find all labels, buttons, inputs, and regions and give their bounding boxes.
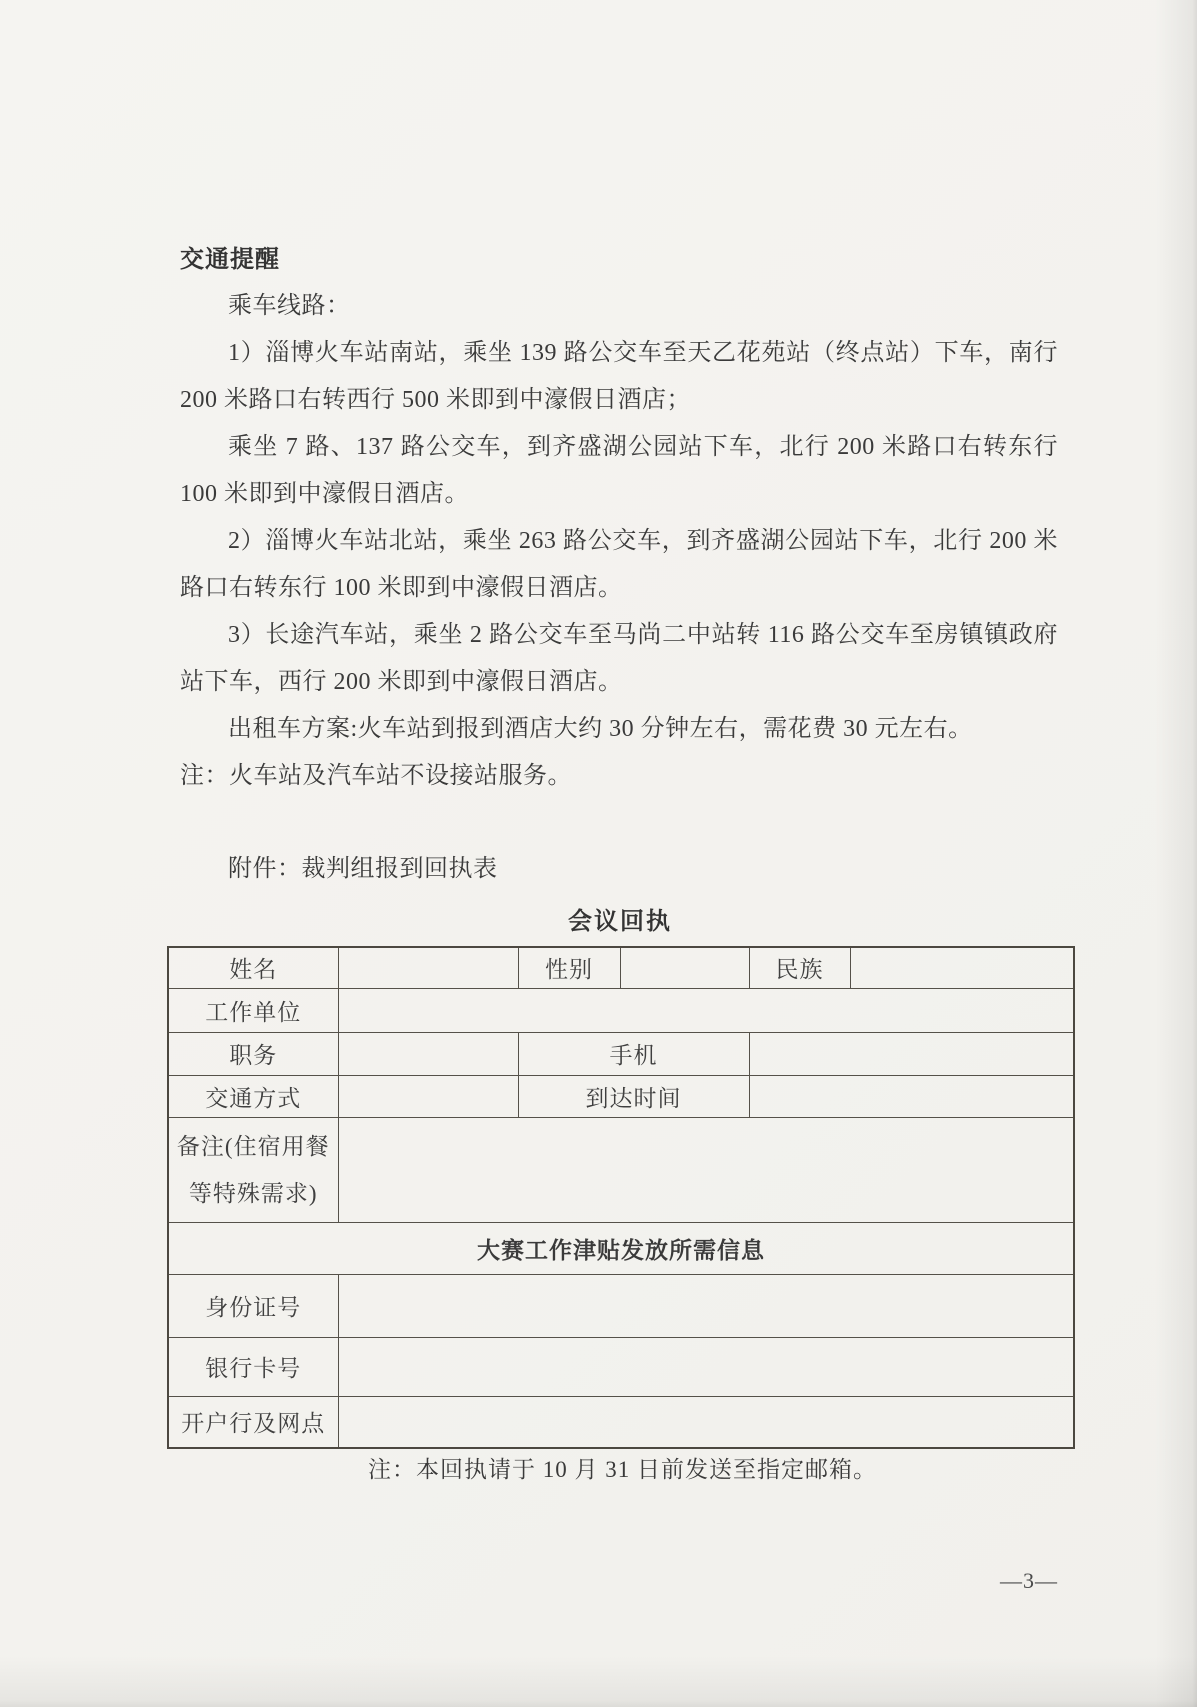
work-unit-label: 工作单位 (168, 988, 338, 1032)
paragraph-no-pickup-note: 注：火车站及汽车站不设接站服务。 (180, 753, 1058, 800)
table-row-bank-branch: 开户行及网点 (168, 1396, 1074, 1448)
paragraph-bus-routes-label: 乘车线路： (180, 283, 1058, 330)
bank-card-label: 银行卡号 (168, 1337, 338, 1396)
id-number-value-cell (338, 1274, 1074, 1337)
paragraph-route-1: 1）淄博火车站南站，乘坐 139 路公交车至天乙花苑站（终点站）下车，南行 20… (180, 330, 1058, 424)
form-deadline-note: 注：本回执请于 10 月 31 日前发送至指定邮箱。 (368, 1455, 877, 1485)
table-row-name: 姓名 性别 民族 (168, 947, 1074, 988)
transport-label: 交通方式 (168, 1075, 338, 1117)
paragraph-taxi-plan: 出租车方案:火车站到报到酒店大约 30 分钟左右，需花费 30 元左右。 (180, 706, 1058, 753)
name-label: 姓名 (168, 947, 338, 988)
position-label: 职务 (168, 1032, 338, 1075)
bank-branch-label: 开户行及网点 (168, 1396, 338, 1448)
allowance-header: 大赛工作津贴发放所需信息 (168, 1222, 1074, 1274)
paragraph-route-1-alt: 乘坐 7 路、137 路公交车，到齐盛湖公园站下车，北行 200 米路口右转东行… (180, 424, 1058, 518)
page-number: —3— (1000, 1568, 1058, 1594)
paragraph-route-2: 2）淄博火车站北站，乘坐 263 路公交车，到齐盛湖公园站下车，北行 200 米… (180, 518, 1058, 612)
gender-value-cell (620, 947, 749, 988)
mobile-value-cell (749, 1032, 1074, 1075)
remarks-value-cell (338, 1117, 1074, 1222)
mobile-label: 手机 (518, 1032, 749, 1075)
table-row-work-unit: 工作单位 (168, 988, 1074, 1032)
arrival-time-label: 到达时间 (518, 1075, 749, 1117)
document-page: 交通提醒 乘车线路： 1）淄博火车站南站，乘坐 139 路公交车至天乙花苑站（终… (0, 0, 1197, 1707)
form-title: 会议回执 (167, 901, 1073, 936)
name-value-cell (338, 947, 518, 988)
remarks-label: 备注(住宿用餐 等特殊需求) (168, 1117, 338, 1222)
table-row-remarks: 备注(住宿用餐 等特殊需求) (168, 1117, 1074, 1222)
table-row-allowance-header: 大赛工作津贴发放所需信息 (168, 1222, 1074, 1274)
attachment-label: 附件：裁判组报到回执表 (180, 846, 1058, 893)
position-value-cell (338, 1032, 518, 1075)
paragraph-route-3: 3）长途汽车站，乘坐 2 路公交车至马尚二中站转 116 路公交车至房镇镇政府站… (180, 612, 1058, 706)
table-row-position: 职务 手机 (168, 1032, 1074, 1075)
remarks-label-line1: 备注(住宿用餐 (177, 1134, 330, 1159)
ethnicity-label: 民族 (749, 947, 850, 988)
id-number-label: 身份证号 (168, 1274, 338, 1337)
table-row-bank-card: 银行卡号 (168, 1337, 1074, 1396)
bank-card-value-cell (338, 1337, 1074, 1396)
ethnicity-value-cell (850, 947, 1074, 988)
work-unit-value-cell (338, 988, 1074, 1032)
table-row-transport: 交通方式 到达时间 (168, 1075, 1074, 1117)
bank-branch-value-cell (338, 1396, 1074, 1448)
gender-label: 性别 (518, 947, 620, 988)
table-row-id-number: 身份证号 (168, 1274, 1074, 1337)
reply-form-table: 姓名 性别 民族 工作单位 职务 手机 交通方式 到达时间 备注(住宿用餐 等 (167, 946, 1075, 1449)
remarks-label-line2: 等特殊需求) (189, 1181, 318, 1206)
transport-value-cell (338, 1075, 518, 1117)
arrival-time-value-cell (749, 1075, 1074, 1117)
transport-section: 交通提醒 乘车线路： 1）淄博火车站南站，乘坐 139 路公交车至天乙花苑站（终… (180, 236, 1058, 893)
section-heading: 交通提醒 (180, 236, 1058, 283)
